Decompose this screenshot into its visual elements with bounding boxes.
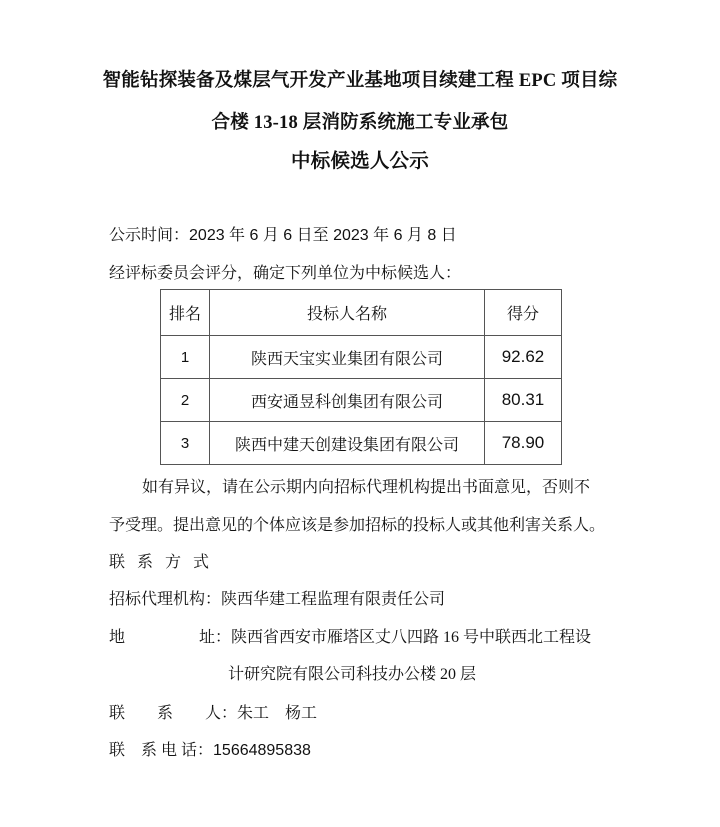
contact-person-label: 联 系 人： — [109, 705, 237, 722]
phone-value: 15664895838 — [213, 742, 311, 759]
phone-label: 联 系 电 话： — [109, 742, 213, 759]
address-line-2: 计研究院有限公司科技办公楼 20 层 — [228, 661, 476, 684]
cell-score: 80.31 — [485, 379, 562, 422]
notice-period-label: 公示时间： — [109, 227, 189, 244]
notice-period: 公示时间：2023 年 6 月 6 日至 2023 年 6 月 8 日 — [109, 222, 457, 245]
title-line-2: 合楼 13-18 层消防系统施工专业承包 — [0, 108, 720, 134]
header-rank: 排名 — [161, 290, 210, 336]
cell-name: 陕西中建天创建设集团有限公司 — [210, 422, 485, 465]
cell-rank: 1 — [161, 336, 210, 379]
address-row: 地址：陕西省西安市雁塔区丈八四路 16 号中联西北工程设 — [109, 624, 591, 647]
contact-person-value: 朱工 杨工 — [237, 705, 317, 722]
cell-name: 西安通昱科创集团有限公司 — [210, 379, 485, 422]
intro-text: 经评标委员会评分，确定下列单位为中标候选人： — [109, 260, 461, 283]
objection-text-line-2: 予受理。提出意见的个体应该是参加招标的投标人或其他利害关系人。 — [109, 512, 605, 535]
cell-name: 陕西天宝实业集团有限公司 — [210, 336, 485, 379]
cell-score: 78.90 — [485, 422, 562, 465]
table-row: 3 陕西中建天创建设集团有限公司 78.90 — [161, 422, 562, 465]
title-line-3: 中标候选人公示 — [0, 145, 720, 173]
phone-row: 联 系 电 话：15664895838 — [109, 737, 311, 760]
cell-score: 92.62 — [485, 336, 562, 379]
table-row: 2 西安通昱科创集团有限公司 80.31 — [161, 379, 562, 422]
cell-rank: 2 — [161, 379, 210, 422]
address-label-right: 址： — [199, 629, 231, 646]
agency-label: 招标代理机构： — [109, 591, 221, 608]
address-label-left: 地 — [109, 624, 199, 647]
cell-rank: 3 — [161, 422, 210, 465]
title-line-1: 智能钻探装备及煤层气开发产业基地项目续建工程 EPC 项目综 — [0, 66, 720, 92]
agency-value: 陕西华建工程监理有限责任公司 — [221, 591, 445, 608]
objection-text-line-1: 如有异议，请在公示期内向招标代理机构提出书面意见，否则不 — [142, 474, 590, 497]
table-row: 1 陕西天宝实业集团有限公司 92.62 — [161, 336, 562, 379]
contact-person-row: 联 系 人：朱工 杨工 — [109, 700, 317, 723]
agency-row: 招标代理机构：陕西华建工程监理有限责任公司 — [109, 586, 445, 609]
header-score: 得分 — [485, 290, 562, 336]
table-header-row: 排名 投标人名称 得分 — [161, 290, 562, 336]
address-line-1: 陕西省西安市雁塔区丈八四路 16 号中联西北工程设 — [231, 629, 591, 646]
candidates-table: 排名 投标人名称 得分 1 陕西天宝实业集团有限公司 92.62 2 西安通昱科… — [160, 289, 562, 465]
notice-period-value: 2023 年 6 月 6 日至 2023 年 6 月 8 日 — [189, 227, 457, 244]
header-name: 投标人名称 — [210, 290, 485, 336]
contact-heading: 联 系 方 式 — [109, 549, 209, 572]
